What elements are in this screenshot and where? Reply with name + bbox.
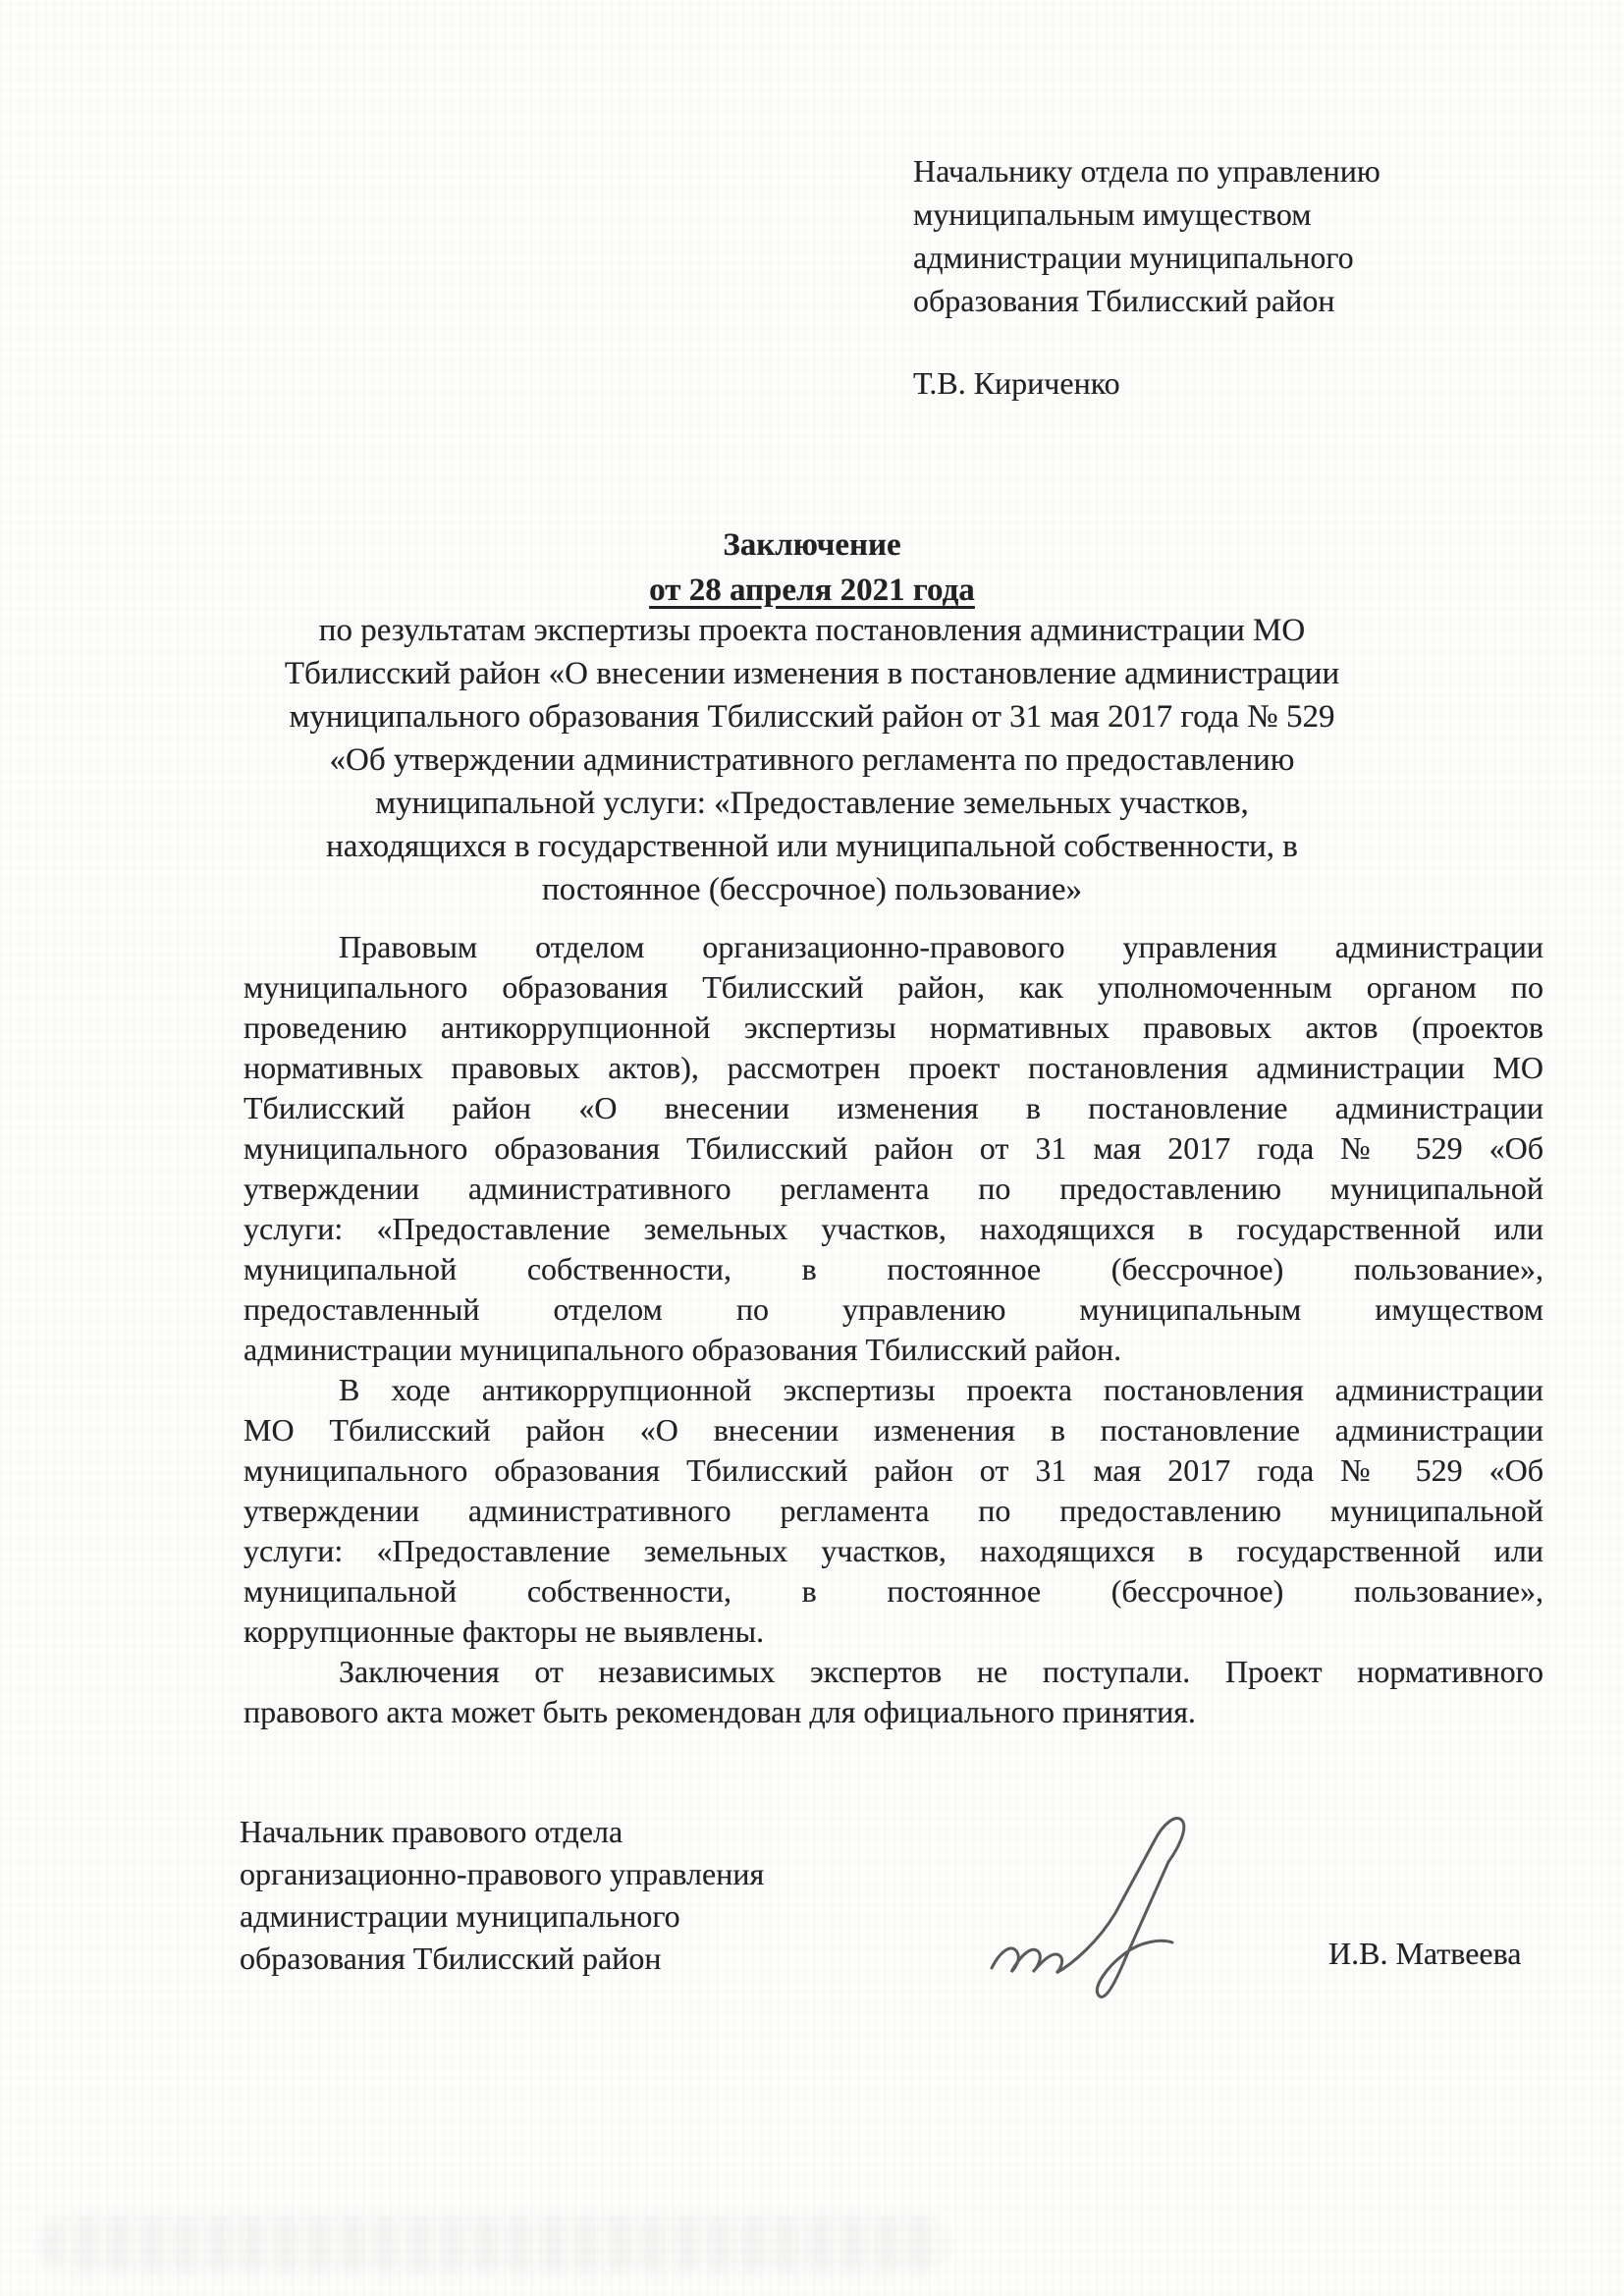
subject-line: Тбилисский район «О внесении изменения в… (83, 652, 1541, 695)
body-line: предоставленный отделом по управлению му… (244, 1289, 1543, 1330)
body-paragraph: Заключения от независимых экспертов не п… (244, 1652, 1543, 1732)
body-line: коррупционные факторы не выявлены. (244, 1612, 1543, 1652)
subject-line: постоянное (бессрочное) пользование» (83, 868, 1541, 911)
addressee-block: Начальнику отдела по управлению муниципа… (913, 149, 1463, 322)
body-line: Заключения от независимых экспертов не п… (244, 1652, 1543, 1692)
signoff-line: Начальник правового отдела (240, 1811, 868, 1853)
body-line: муниципального образования Тбилисский ра… (244, 1450, 1543, 1491)
body-line: услуги: «Предоставление земельных участк… (244, 1531, 1543, 1571)
body-line: нормативных правовых актов), рассмотрен … (244, 1048, 1543, 1088)
subject-line: «Об утверждении административного реглам… (83, 738, 1541, 782)
signoff-line: администрации муниципального (240, 1895, 868, 1938)
body-line: муниципального образования Тбилисский ра… (244, 1128, 1543, 1169)
body-line: муниципальной собственности, в постоянно… (244, 1571, 1543, 1612)
body-line: МО Тбилисский район «О внесении изменени… (244, 1410, 1543, 1450)
signoff-line: образования Тбилисский район (240, 1938, 868, 1980)
signoff-block: Начальник правового отдела организационн… (240, 1811, 868, 1980)
body-line: Правовым отделом организационно-правовог… (244, 927, 1543, 967)
signoff-line: организационно-правового управления (240, 1853, 868, 1895)
scanned-document-page: Начальнику отдела по управлению муниципа… (0, 0, 1624, 2296)
body-line: администрации муниципального образования… (244, 1330, 1543, 1370)
handwritten-signature-icon (978, 1809, 1272, 2023)
addressee-line: муниципальным имуществом (913, 192, 1463, 236)
document-date: от 28 апреля 2021 года (0, 568, 1624, 613)
subject-line: муниципального образования Тбилисский ра… (83, 695, 1541, 738)
body-paragraph: В ходе антикоррупционной экспертизы прое… (244, 1370, 1543, 1652)
body-line: муниципального образования Тбилисский ра… (244, 967, 1543, 1008)
body-line: Тбилисский район «О внесении изменения в… (244, 1088, 1543, 1128)
document-body: Правовым отделом организационно-правовог… (244, 927, 1543, 1732)
body-line: услуги: «Предоставление земельных участк… (244, 1209, 1543, 1249)
addressee-name: Т.В. Кириченко (913, 361, 1120, 405)
addressee-line: образования Тбилисский район (913, 279, 1463, 322)
subject-line: муниципальной услуги: «Предоставление зе… (83, 782, 1541, 825)
addressee-line: Начальнику отдела по управлению (913, 149, 1463, 192)
subject-block: по результатам экспертизы проекта постан… (83, 609, 1541, 911)
body-line: утверждении административного регламента… (244, 1491, 1543, 1531)
scan-smudge (44, 2215, 947, 2272)
body-line: правового акта может быть рекомендован д… (244, 1692, 1543, 1732)
body-line: муниципальной собственности, в постоянно… (244, 1249, 1543, 1289)
body-paragraph: Правовым отделом организационно-правовог… (244, 927, 1543, 1370)
addressee-line: администрации муниципального (913, 236, 1463, 279)
body-line: утверждении административного регламента… (244, 1169, 1543, 1209)
document-title-block: Заключение от 28 апреля 2021 года (0, 522, 1624, 613)
document-title: Заключение (0, 522, 1624, 568)
body-line: проведению антикоррупционной экспертизы … (244, 1008, 1543, 1048)
body-line: В ходе антикоррупционной экспертизы прое… (244, 1370, 1543, 1410)
subject-line: находящихся в государственной или муници… (83, 825, 1541, 868)
subject-line: по результатам экспертизы проекта постан… (83, 609, 1541, 652)
signer-name: И.В. Матвеева (1328, 1933, 1521, 1974)
